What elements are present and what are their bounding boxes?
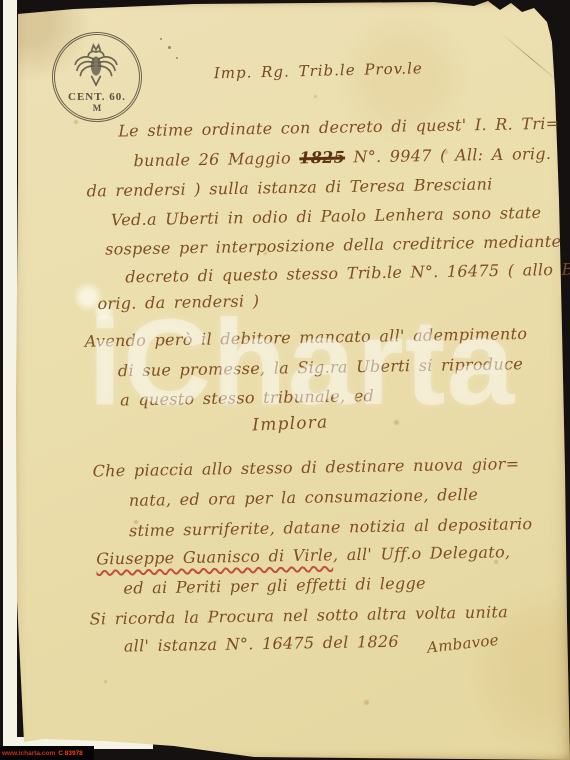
manuscript-line: all' istanza N°. 16475 del 1826	[124, 632, 399, 656]
manuscript-line: stime surriferite, datane notizia al dep…	[129, 514, 533, 540]
line-text: N°. 9947 ( All: A orig.	[345, 144, 552, 167]
implora-heading: Implora	[252, 412, 329, 435]
manuscript: Imp. Rg. Trib.le Prov.le Le stime ordina…	[0, 0, 570, 760]
struck-year: 1825	[299, 148, 345, 168]
manuscript-line: nata, ed ora per la consumazione, delle	[129, 485, 479, 510]
icharta-banner: www.icharta.com C 83978	[0, 746, 94, 760]
banner-url: www.icharta.com	[2, 750, 55, 757]
manuscript-line: Si ricorda la Procura nel sotto altra vo…	[90, 602, 509, 628]
banner-code: C 83978	[58, 750, 83, 757]
red-underlined-name: Giuseppe Guanisco di Virle	[96, 545, 333, 568]
scanned-document: CENT. 60. M Imp. Rg. Trib.le Prov.le Le …	[0, 0, 570, 760]
document-header: Imp. Rg. Trib.le Prov.le	[214, 59, 423, 82]
manuscript-line: Che piaccia allo stesso di destinare nuo…	[92, 454, 519, 480]
manuscript-line: Ved.a Uberti in odio di Paolo Lenhera so…	[111, 203, 542, 230]
manuscript-line: ed ai Periti per gli effetti di legge	[123, 573, 426, 597]
line-text: , all' Uff.o Delegato,	[333, 542, 511, 564]
manuscript-line: decreto di questo stesso Trib.le N°. 164…	[125, 260, 570, 287]
manuscript-line: sospese per interposizione della creditr…	[105, 232, 562, 259]
manuscript-line: a questo stesso tribunale, ed	[120, 386, 374, 409]
manuscript-line: da rendersi ) sulla istanza di Teresa Br…	[87, 174, 493, 200]
manuscript-line: orig. da rendersi )	[97, 291, 259, 313]
manuscript-line: Giuseppe Guanisco di Virle, all' Uff.o D…	[96, 542, 510, 568]
signature: Ambavoe	[426, 631, 500, 657]
manuscript-line: bunale 26 Maggio 1825 N°. 9947 ( All: A …	[133, 144, 551, 170]
manuscript-line: di sue promesse, la Sig.ra Uberti si rip…	[118, 354, 523, 380]
manuscript-line: Le stime ordinate con decreto di quest' …	[118, 114, 559, 141]
line-text: bunale 26 Maggio	[133, 148, 299, 170]
manuscript-line: Avendo però il debitore mancato all' ade…	[85, 324, 528, 351]
